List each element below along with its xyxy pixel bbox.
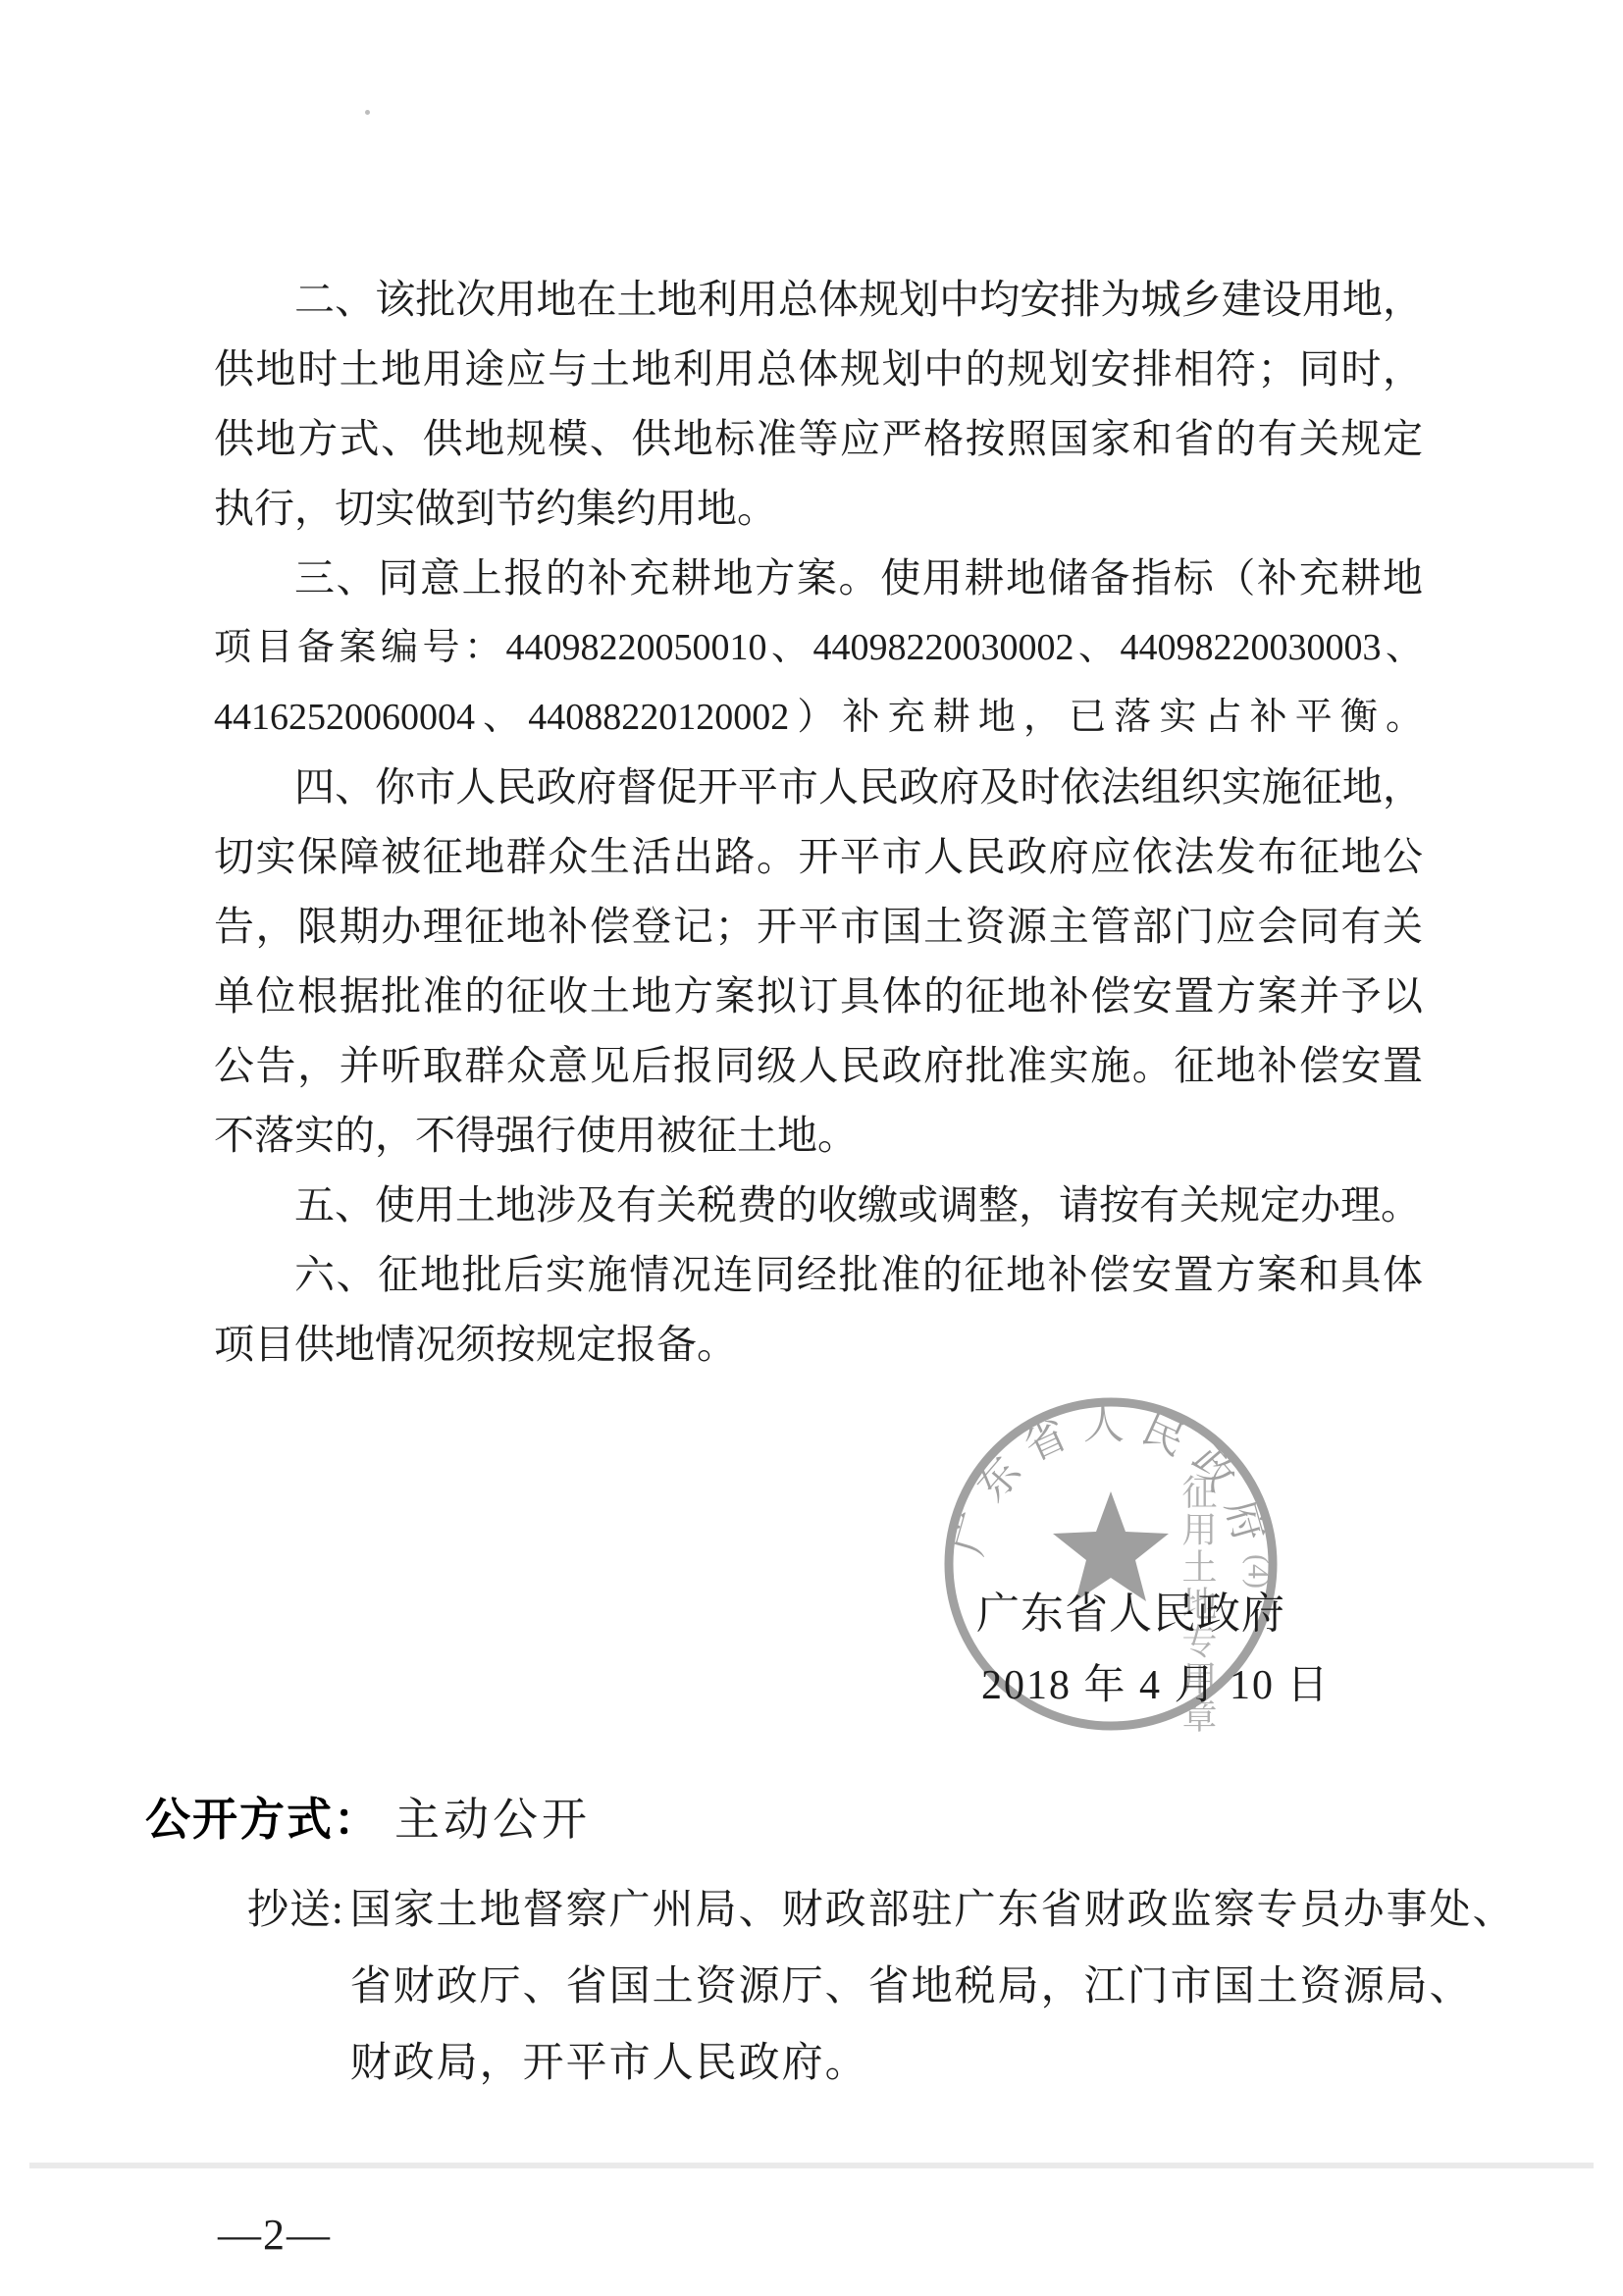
text-line: 项目备案编号：44098220050010、44098220030002、440… [214, 613, 1423, 683]
cc-label: 抄送: [247, 1872, 344, 2102]
text-line: 六、征地批后实施情况连同经批准的征地补偿安置方案和具体 [214, 1240, 1423, 1310]
text-line: 省财政厅、省国土资源厅、省地税局，江门市国土资源局、 [350, 1949, 1516, 2025]
cc-block: 抄送: 国家土地督察广州局、财政部驻广东省财政监察专员办事处、省财政厅、省国土资… [247, 1872, 1516, 2102]
text-line: 二、该批次用地在土地利用总体规划中均安排为城乡建设用地， [214, 265, 1423, 335]
signature-date: 2018 年 4 月 10 日 [981, 1652, 1331, 1711]
disclosure-value: 主动公开 [394, 1795, 591, 1845]
text-line: 供地时土地用途应与土地利用总体规划中的规划安排相符；同时， [214, 335, 1423, 404]
scan-artifact-speck [365, 110, 370, 115]
text-line: 五、使用土地涉及有关税费的收缴或调整，请按有关规定办理。 [214, 1171, 1423, 1240]
text-line: 项目供地情况须按规定报备。 [214, 1310, 1423, 1380]
text-line: 四、你市人民政府督促开平市人民政府及时依法组织实施征地， [214, 753, 1423, 822]
text-line: 国家土地督察广州局、财政部驻广东省财政监察专员办事处、 [350, 1872, 1516, 1949]
text-line: 44162520060004、44088220120002）补充耕地，已落实占补… [214, 683, 1423, 753]
disclosure-label: 公开方式： [145, 1794, 381, 1845]
text-line: 切实保障被征地群众生活出路。开平市人民政府应依法发布征地公 [214, 822, 1423, 892]
text-line: 告，限期办理征地补偿登记；开平市国土资源主管部门应会同有关 [214, 892, 1423, 962]
text-line: 公告，并听取群众意见后报同级人民政府批准实施。征地补偿安置 [214, 1031, 1423, 1101]
text-line: 财政局，开平市人民政府。 [350, 2025, 1516, 2102]
document-body: 二、该批次用地在土地利用总体规划中均安排为城乡建设用地，供地时土地用途应与土地利… [214, 265, 1423, 1380]
page-number: —2— [218, 2210, 332, 2260]
signature-authority: 广东省人民政府 [976, 1578, 1285, 1641]
text-line: 不落实的，不得强行使用被征土地。 [214, 1101, 1423, 1171]
document-page: 二、该批次用地在土地利用总体规划中均安排为城乡建设用地，供地时土地用途应与土地利… [0, 0, 1623, 2296]
scan-artifact-streak [29, 2163, 1594, 2168]
text-line: 三、同意上报的补充耕地方案。使用耕地储备指标（补充耕地 [214, 544, 1423, 613]
text-line: 供地方式、供地规模、供地标准等应严格按照国家和省的有关规定 [214, 404, 1423, 474]
text-line: 执行，切实做到节约集约用地。 [214, 474, 1423, 544]
text-line: 单位根据批准的征收土地方案拟订具体的征地补偿安置方案并予以 [214, 962, 1423, 1031]
cc-lines: 国家土地督察广州局、财政部驻广东省财政监察专员办事处、省财政厅、省国土资源厅、省… [350, 1872, 1516, 2102]
disclosure-line: 公开方式：主动公开 [145, 1784, 591, 1849]
